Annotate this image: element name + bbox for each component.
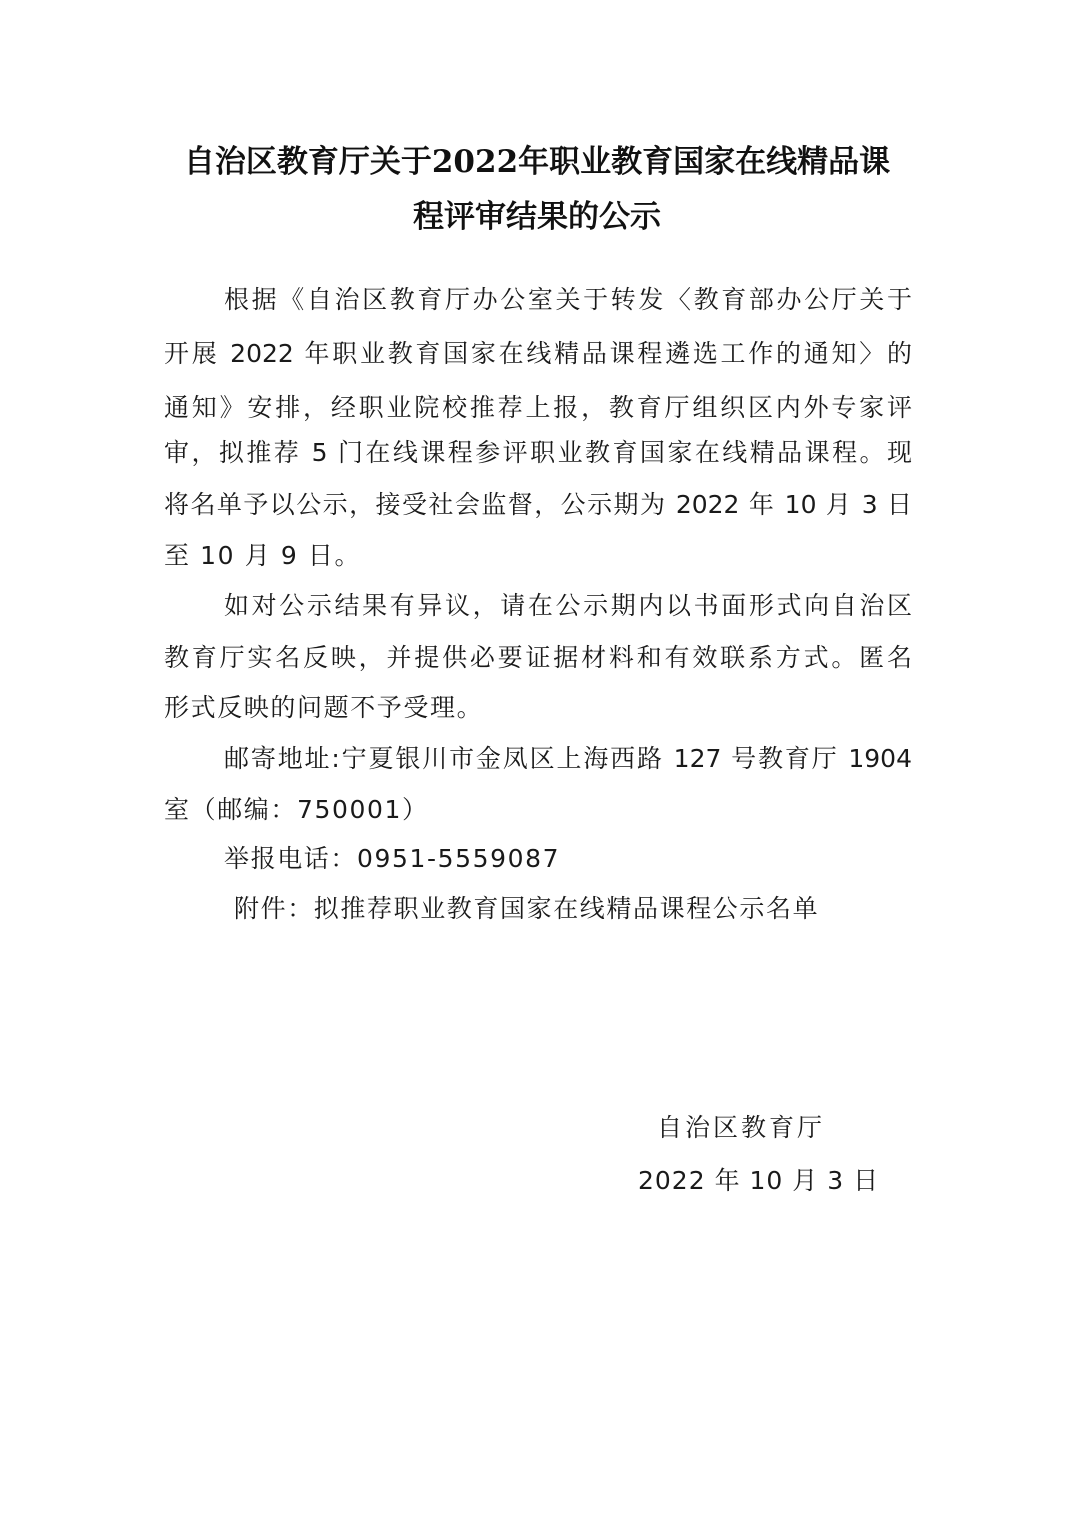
mailing-address-line-1: 邮寄地址:宁夏银川市金凤区上海西路 127 号教育厅 1904 — [224, 743, 912, 775]
paragraph-1-line-4: 审，拟推荐 5 门在线课程参评职业教育国家在线精品课程。现 — [164, 437, 912, 469]
paragraph-1-line-6: 至 10 月 9 日。 — [164, 540, 361, 572]
signature-date: 2022 年 10 月 3 日 — [638, 1165, 879, 1197]
paragraph-1-line-2: 开展 2022 年职业教育国家在线精品课程遴选工作的通知〉的 — [164, 338, 912, 370]
paragraph-1-line-3: 通知》安排，经职业院校推荐上报，教育厅组织区内外专家评 — [164, 392, 912, 424]
report-hotline: 举报电话：0951-5559087 — [224, 843, 560, 875]
paragraph-1-line-5: 将名单予以公示，接受社会监督，公示期为 2022 年 10 月 3 日 — [164, 489, 912, 521]
attachment-note: 附件：拟推荐职业教育国家在线精品课程公示名单 — [234, 893, 819, 925]
document-title-line-1: 自治区教育厅关于2022年职业教育国家在线精品课 — [160, 136, 914, 181]
document-page: 自治区教育厅关于2022年职业教育国家在线精品课 程评审结果的公示 根据《自治区… — [0, 0, 1074, 1520]
document-title-line-2: 程评审结果的公示 — [160, 191, 914, 236]
mailing-address-line-2: 室（邮编：750001） — [164, 794, 429, 826]
paragraph-2-line-2: 教育厅实名反映，并提供必要证据材料和有效联系方式。匿名 — [164, 642, 912, 674]
paragraph-1-line-1: 根据《自治区教育厅办公室关于转发〈教育部办公厅关于 — [224, 284, 912, 316]
paragraph-2-line-1: 如对公示结果有异议，请在公示期内以书面形式向自治区 — [224, 590, 912, 622]
signature-organization: 自治区教育厅 — [657, 1112, 825, 1144]
paragraph-2-line-3: 形式反映的问题不予受理。 — [164, 692, 483, 724]
